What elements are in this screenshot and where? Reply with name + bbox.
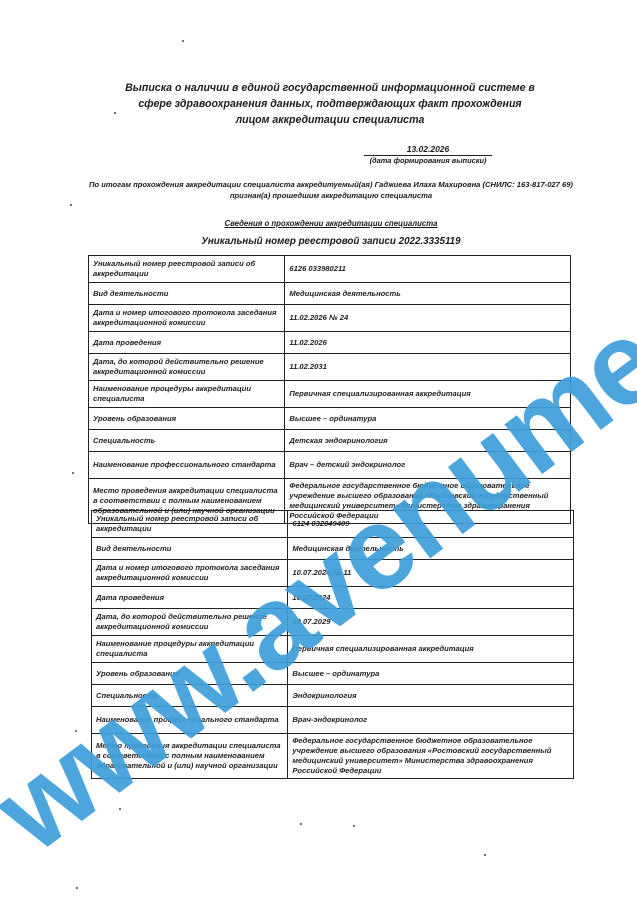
- table-row: Уникальный номер реестровой записи об ак…: [92, 511, 574, 538]
- table-row: Место проведения аккредитации специалист…: [92, 734, 574, 779]
- row-label: Специальность: [89, 430, 285, 452]
- table-row: Вид деятельности Медицинская деятельност…: [92, 538, 574, 560]
- row-label: Уровень образования: [92, 663, 288, 685]
- table-row: Дата проведения 11.02.2026: [89, 332, 571, 354]
- scanned-document-page: Выписка о наличии в единой государственн…: [0, 0, 637, 900]
- scan-speck: [76, 887, 78, 889]
- row-label: Дата и номер итогового протокола заседан…: [92, 560, 288, 587]
- table-row: Уровень образования Высшее – ординатура: [92, 663, 574, 685]
- table-row: Наименование процедуры аккредитации спец…: [89, 381, 571, 408]
- scan-speck: [114, 112, 116, 114]
- row-label: Уникальный номер реестровой записи об ак…: [92, 511, 288, 538]
- activity-type-value: Медицинская деятельность: [285, 283, 571, 305]
- specialty-value: Эндокринология: [288, 685, 574, 707]
- section-title: Сведения о прохождении аккредитации спец…: [88, 219, 574, 228]
- row-label: Наименование профессионального стандарта: [92, 707, 288, 734]
- table-row: Уникальный номер реестровой записи об ак…: [89, 256, 571, 283]
- table-row: Дата проведения 10.07.2024: [92, 587, 574, 609]
- row-label: Специальность: [92, 685, 288, 707]
- row-label: Дата, до которой действительно решение а…: [89, 354, 285, 381]
- accreditation-table-1: Уникальный номер реестровой записи об ак…: [88, 255, 571, 524]
- row-label: Вид деятельности: [92, 538, 288, 560]
- held-date-value: 10.07.2024: [288, 587, 574, 609]
- place-value: Федеральное государственное бюджетное об…: [288, 734, 574, 779]
- scan-speck: [182, 40, 184, 42]
- table-row: Наименование профессионального стандарта…: [89, 452, 571, 479]
- row-label: Наименование процедуры аккредитации спец…: [92, 636, 288, 663]
- row-label: Дата проведения: [89, 332, 285, 354]
- table-row: Дата, до которой действительно решение а…: [89, 354, 571, 381]
- scan-speck: [70, 204, 72, 206]
- prof-standard-value: Врач – детский эндокринолог: [285, 452, 571, 479]
- table-row: Вид деятельности Медицинская деятельност…: [89, 283, 571, 305]
- row-label: Дата и номер итогового протокола заседан…: [89, 305, 285, 332]
- education-level-value: Высшее – ординатура: [285, 408, 571, 430]
- scan-speck: [300, 823, 302, 825]
- scan-speck: [484, 854, 486, 856]
- activity-type-value: Медицинская деятельность: [288, 538, 574, 560]
- table-row: Дата и номер итогового протокола заседан…: [89, 305, 571, 332]
- valid-until-value: 10.07.2029: [288, 609, 574, 636]
- procedure-value: Первичная специализированная аккредитаци…: [285, 381, 571, 408]
- table-row: Наименование процедуры аккредитации спец…: [92, 636, 574, 663]
- formation-date-block: 13.02.2026 (дата формирования выписки): [364, 144, 492, 166]
- row-label: Наименование профессионального стандарта: [89, 452, 285, 479]
- scan-speck: [119, 808, 121, 810]
- accreditation-statement: По итогам прохождения аккредитации специ…: [88, 180, 574, 201]
- accreditation-table-2: Уникальный номер реестровой записи об ак…: [91, 510, 574, 779]
- table-row: Специальность Детская эндокринология: [89, 430, 571, 452]
- registry-number-value: 6124 032049409: [288, 511, 574, 538]
- table-row: Наименование профессионального стандарта…: [92, 707, 574, 734]
- education-level-value: Высшее – ординатура: [288, 663, 574, 685]
- specialty-value: Детская эндокринология: [285, 430, 571, 452]
- document-title: Выписка о наличии в единой государственн…: [120, 80, 540, 128]
- procedure-value: Первичная специализированная аккредитаци…: [288, 636, 574, 663]
- row-label: Место проведения аккредитации специалист…: [92, 734, 288, 779]
- registry-record-title: Уникальный номер реестровой записи 2022.…: [88, 236, 574, 247]
- scan-speck: [353, 825, 355, 827]
- table-row: Дата и номер итогового протокола заседан…: [92, 560, 574, 587]
- valid-until-value: 11.02.2031: [285, 354, 571, 381]
- protocol-value: 10.07.2024 № 11: [288, 560, 574, 587]
- scan-speck: [72, 472, 74, 474]
- formation-date-caption: (дата формирования выписки): [364, 156, 492, 166]
- scan-speck: [75, 730, 77, 732]
- formation-date: 13.02.2026: [364, 144, 492, 156]
- row-label: Вид деятельности: [89, 283, 285, 305]
- row-label: Уникальный номер реестровой записи об ак…: [89, 256, 285, 283]
- held-date-value: 11.02.2026: [285, 332, 571, 354]
- row-label: Наименование процедуры аккредитации спец…: [89, 381, 285, 408]
- row-label: Уровень образования: [89, 408, 285, 430]
- row-label: Дата, до которой действительно решение а…: [92, 609, 288, 636]
- table-row: Уровень образования Высшее – ординатура: [89, 408, 571, 430]
- protocol-value: 11.02.2026 № 24: [285, 305, 571, 332]
- prof-standard-value: Врач-эндокринолог: [288, 707, 574, 734]
- table-row: Специальность Эндокринология: [92, 685, 574, 707]
- row-label: Дата проведения: [92, 587, 288, 609]
- table-row: Дата, до которой действительно решение а…: [92, 609, 574, 636]
- registry-number-value: 6126 033980211: [285, 256, 571, 283]
